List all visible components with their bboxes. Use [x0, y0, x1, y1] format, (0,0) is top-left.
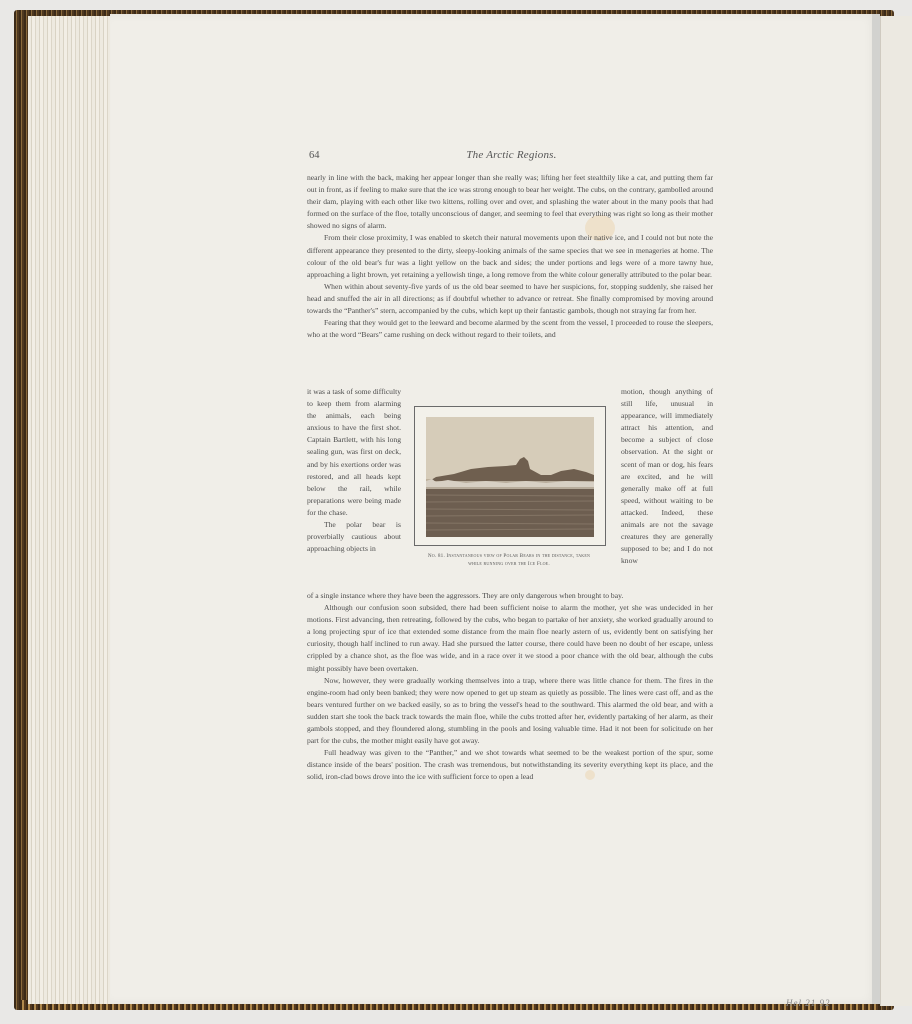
paragraph: nearly in line with the back, making her… [307, 172, 713, 232]
paragraph: Full headway was given to the “Panther,”… [307, 747, 713, 783]
right-page-edge [880, 16, 912, 1006]
page-gutter-shadow [872, 14, 880, 1004]
paragraph: Fearing that they would get to the leewa… [307, 317, 713, 341]
paragraph: of a single instance where they have bee… [307, 590, 713, 602]
caption-line: while running over the Ice Floe. [410, 560, 608, 568]
handwritten-annotation: Hel 21 92 [786, 998, 831, 1008]
running-title: The Arctic Regions. [309, 149, 714, 161]
paragraph: From their close proximity, I was enable… [307, 232, 713, 280]
caption-line: No. 81. Instantaneous view of Polar Bear… [410, 552, 608, 560]
paragraph: When within about seventy-five yards of … [307, 281, 713, 317]
text-column-left: it was a task of some difficulty to keep… [307, 386, 401, 555]
paragraph: The polar bear is proverbially cautious … [307, 519, 401, 555]
paragraph: Although our confusion soon subsided, th… [307, 602, 713, 675]
landscape-illustration [426, 417, 594, 537]
body-text-bottom: of a single instance where they have bee… [307, 590, 713, 784]
photo-polar-bears-ice-floe [426, 417, 594, 537]
figure-frame [414, 406, 606, 546]
left-page-stack [28, 16, 114, 1004]
paragraph: Now, however, they were gradually workin… [307, 675, 713, 748]
paragraph: it was a task of some difficulty to keep… [307, 386, 401, 519]
figure-caption: No. 81. Instantaneous view of Polar Bear… [410, 552, 608, 568]
text-column-right: motion, though anything of still life, u… [621, 386, 713, 567]
body-text-top: nearly in line with the back, making her… [307, 172, 713, 341]
paragraph: motion, though anything of still life, u… [621, 386, 713, 567]
running-head: 64 The Arctic Regions. [309, 149, 714, 165]
